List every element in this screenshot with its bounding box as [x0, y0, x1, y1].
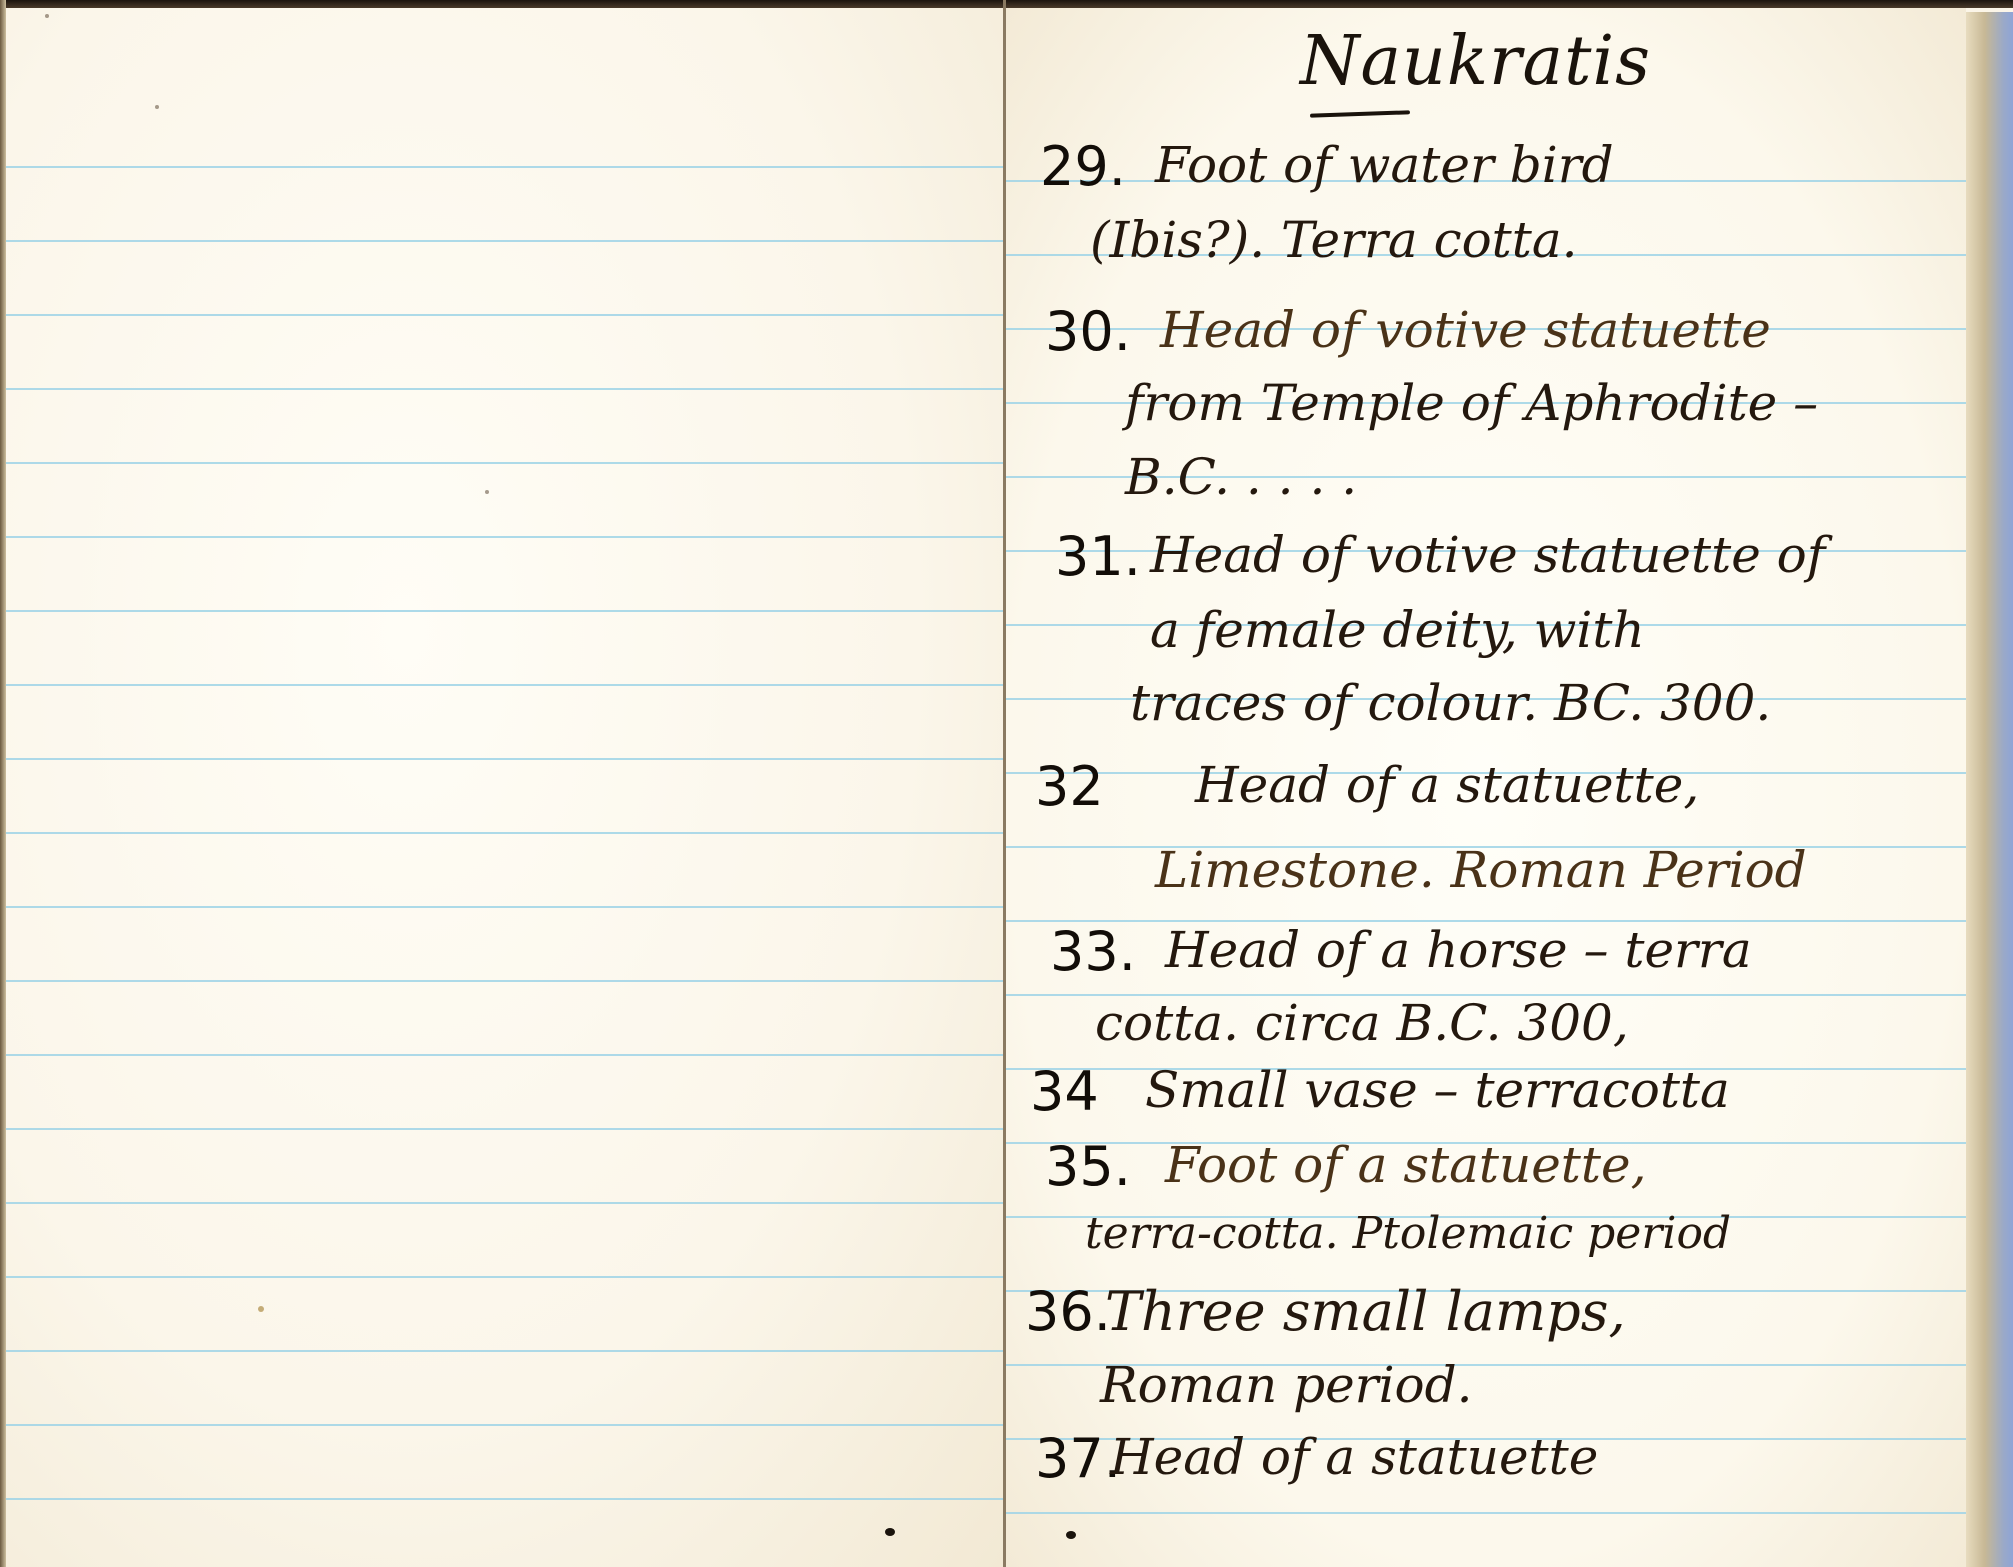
rule-line	[6, 1202, 1003, 1204]
entry-line: (Ibis?). Terra cotta.	[1090, 215, 1578, 265]
rule-line	[6, 462, 1003, 464]
entry-line: Head of votive statuette of	[1150, 530, 1825, 580]
rule-line	[6, 610, 1003, 612]
rule-line	[1006, 1512, 1966, 1514]
rule-line	[6, 1350, 1003, 1352]
notebook-spread: Naukratis 29. Foot of water bird (Ibis?)…	[0, 0, 2013, 1567]
entry-line: Foot of a statuette,	[1165, 1140, 1646, 1190]
entry-line: traces of colour. BC. 300.	[1130, 678, 1771, 728]
entry-line: Foot of water bird	[1155, 140, 1614, 190]
paper-speck	[45, 14, 49, 18]
rule-line	[6, 684, 1003, 686]
entry-line: terra-cotta. Ptolemaic period	[1085, 1212, 1731, 1256]
ink-dot	[1066, 1531, 1076, 1539]
entry-line: B.C. . . . .	[1125, 452, 1357, 502]
rule-line	[6, 1498, 1003, 1500]
page-title: Naukratis	[1300, 28, 1651, 96]
entry-number: 35.	[1045, 1140, 1131, 1194]
entry-line: Head of votive statuette	[1160, 305, 1771, 355]
rule-line	[6, 240, 1003, 242]
rule-line	[6, 1424, 1003, 1426]
rule-line	[6, 388, 1003, 390]
ink-dot	[885, 1528, 895, 1536]
rule-line	[6, 314, 1003, 316]
top-binding-edge	[0, 0, 2013, 8]
entry-line: Small vase – terracotta	[1145, 1065, 1730, 1115]
rule-line	[6, 1054, 1003, 1056]
entry-number: 37.	[1035, 1432, 1121, 1486]
entry-number: 29.	[1040, 140, 1126, 194]
entry-line: Limestone. Roman Period	[1155, 845, 1807, 895]
rule-line	[6, 980, 1003, 982]
rule-line	[6, 1128, 1003, 1130]
entry-line: Roman period.	[1100, 1360, 1473, 1410]
rule-line	[6, 166, 1003, 168]
entry-number: 34	[1030, 1065, 1099, 1119]
paper-speck	[258, 1306, 264, 1312]
paper-speck	[485, 490, 489, 494]
rule-line	[6, 758, 1003, 760]
entry-line: Head of a statuette	[1110, 1432, 1598, 1482]
entry-line: Head of a horse – terra	[1165, 925, 1752, 975]
entry-number: 31.	[1055, 530, 1141, 584]
notebook-spine	[1003, 0, 1006, 1567]
rule-line	[6, 906, 1003, 908]
rule-line	[6, 832, 1003, 834]
entry-line: Three small lamps,	[1105, 1285, 1626, 1339]
entry-line: cotta. circa B.C. 300,	[1095, 998, 1629, 1048]
entry-number: 30.	[1045, 305, 1131, 359]
entry-line: from Temple of Aphrodite –	[1125, 378, 1818, 428]
rule-line	[6, 1276, 1003, 1278]
paper-speck	[155, 105, 159, 109]
right-page-edges	[1966, 12, 2013, 1567]
rule-line	[6, 536, 1003, 538]
entry-number: 36.	[1025, 1285, 1111, 1339]
entry-line: a female deity, with	[1150, 605, 1645, 655]
entry-number: 33.	[1050, 925, 1136, 979]
entry-number: 32	[1035, 760, 1104, 814]
entry-line: Head of a statuette,	[1195, 760, 1699, 810]
